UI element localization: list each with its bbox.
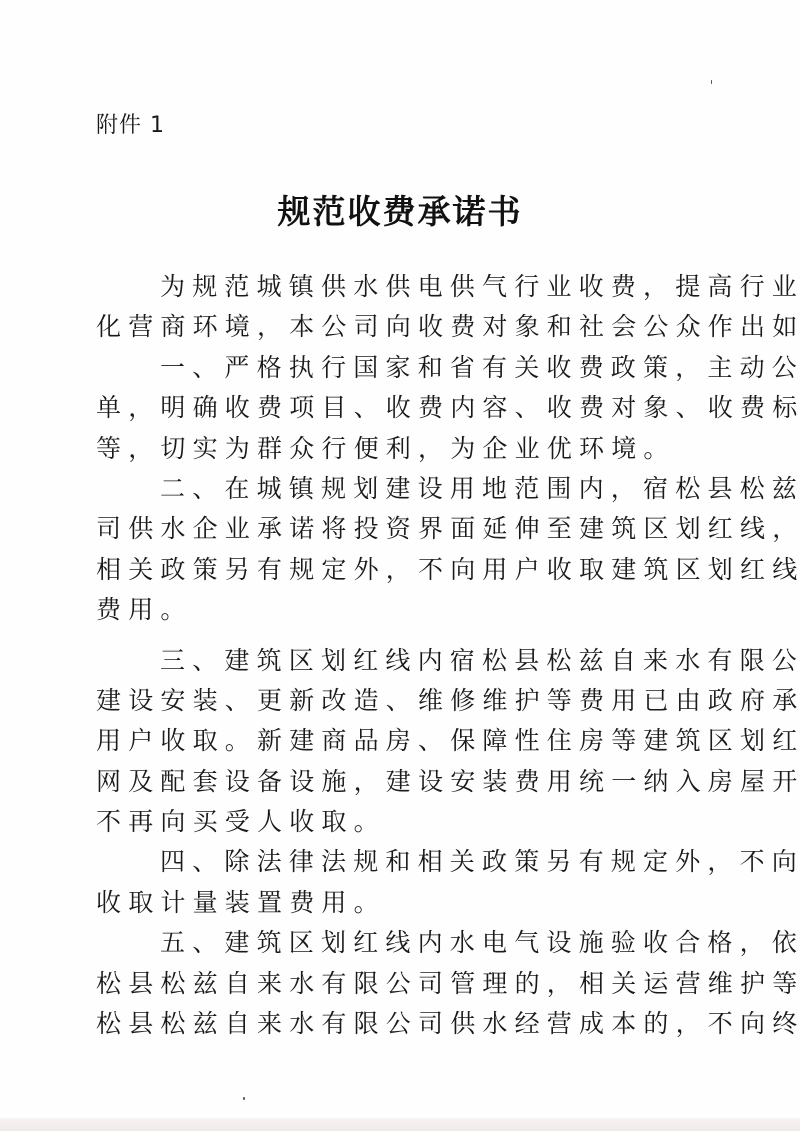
paragraph-item-5: 五、建筑区划红线内水电气设施验收合格，依法依规移交宿 松县松兹自来水有限公司管理… — [96, 923, 709, 1044]
paragraph-item-3: 三、建筑区划红线内宿松县松兹自来水有限公司供水管网的 建设安装、更新改造、维修维… — [96, 641, 709, 843]
text-line: 建设安装、更新改造、维修维护等费用已由政府承担的，不再向 — [96, 681, 709, 721]
text-line: 司供水企业承诺将投资界面延伸至建筑区划红线，除法律法规和 — [96, 509, 709, 549]
paragraph-item-1: 一、严格执行国家和省有关收费政策，主动公开收费项目清 单，明确收费项目、收费内容… — [96, 348, 709, 469]
text-line: 网及配套设备设施，建设安装费用统一纳入房屋开发建设成本， — [96, 762, 709, 802]
text-line: 单，明确收费项目、收费内容、收费对象、收费标准、咨询电话 — [96, 388, 709, 428]
text-line: 不再向买受人收取。 — [96, 802, 709, 842]
text-line: 五、建筑区划红线内水电气设施验收合格，依法依规移交宿 — [96, 923, 709, 963]
text-line: 三、建筑区划红线内宿松县松兹自来水有限公司供水管网的 — [96, 641, 709, 681]
text-line: 松县松兹自来水有限公司供水经营成本的，不向终端用户另外收 — [96, 1004, 709, 1044]
text-line: 用户收取。新建商品房、保障性住房等建筑区划红线内，供水管 — [96, 721, 709, 761]
text-line: 费用。 — [96, 590, 709, 630]
text-line: 松县松兹自来水有限公司管理的，相关运营维护等费用已纳入宿 — [96, 964, 709, 1004]
scan-speck — [711, 80, 712, 84]
text-line: 等，切实为群众行便利，为企业优环境。 — [96, 429, 709, 469]
text-line: 为规范城镇供水供电供气行业收费，提高行业服务质量，优 — [96, 267, 709, 307]
paragraph-item-2: 二、在城镇规划建设用地范围内，宿松县松兹自来水有限公 司供水企业承诺将投资界面延… — [96, 469, 709, 631]
scanned-document-page: 附件 1 规范收费承诺书 为规范城镇供水供电供气行业收费，提高行业服务质量，优 … — [0, 0, 800, 1131]
paragraph-intro: 为规范城镇供水供电供气行业收费，提高行业服务质量，优 化营商环境，本公司向收费对… — [96, 267, 709, 348]
text-line: 收取计量装置费用。 — [96, 883, 709, 923]
text-line: 四、除法律法规和相关政策另有规定外，不向终端用户直接 — [96, 842, 709, 882]
scan-speck — [243, 1097, 245, 1100]
text-line: 一、严格执行国家和省有关收费政策，主动公开收费项目清 — [96, 348, 709, 388]
text-line: 二、在城镇规划建设用地范围内，宿松县松兹自来水有限公 — [96, 469, 709, 509]
paragraph-gap — [96, 631, 709, 641]
text-line: 化营商环境，本公司向收费对象和社会公众作出如下公开承诺： — [96, 307, 709, 347]
document-body: 为规范城镇供水供电供气行业收费，提高行业服务质量，优 化营商环境，本公司向收费对… — [96, 267, 709, 1044]
document-title: 规范收费承诺书 — [0, 190, 800, 234]
scan-edge — [0, 1118, 800, 1131]
attachment-label: 附件 1 — [96, 112, 165, 140]
text-line: 相关政策另有规定外，不向用户收取建筑区划红线外发生的任何 — [96, 550, 709, 590]
paragraph-item-4: 四、除法律法规和相关政策另有规定外，不向终端用户直接 收取计量装置费用。 — [96, 842, 709, 923]
